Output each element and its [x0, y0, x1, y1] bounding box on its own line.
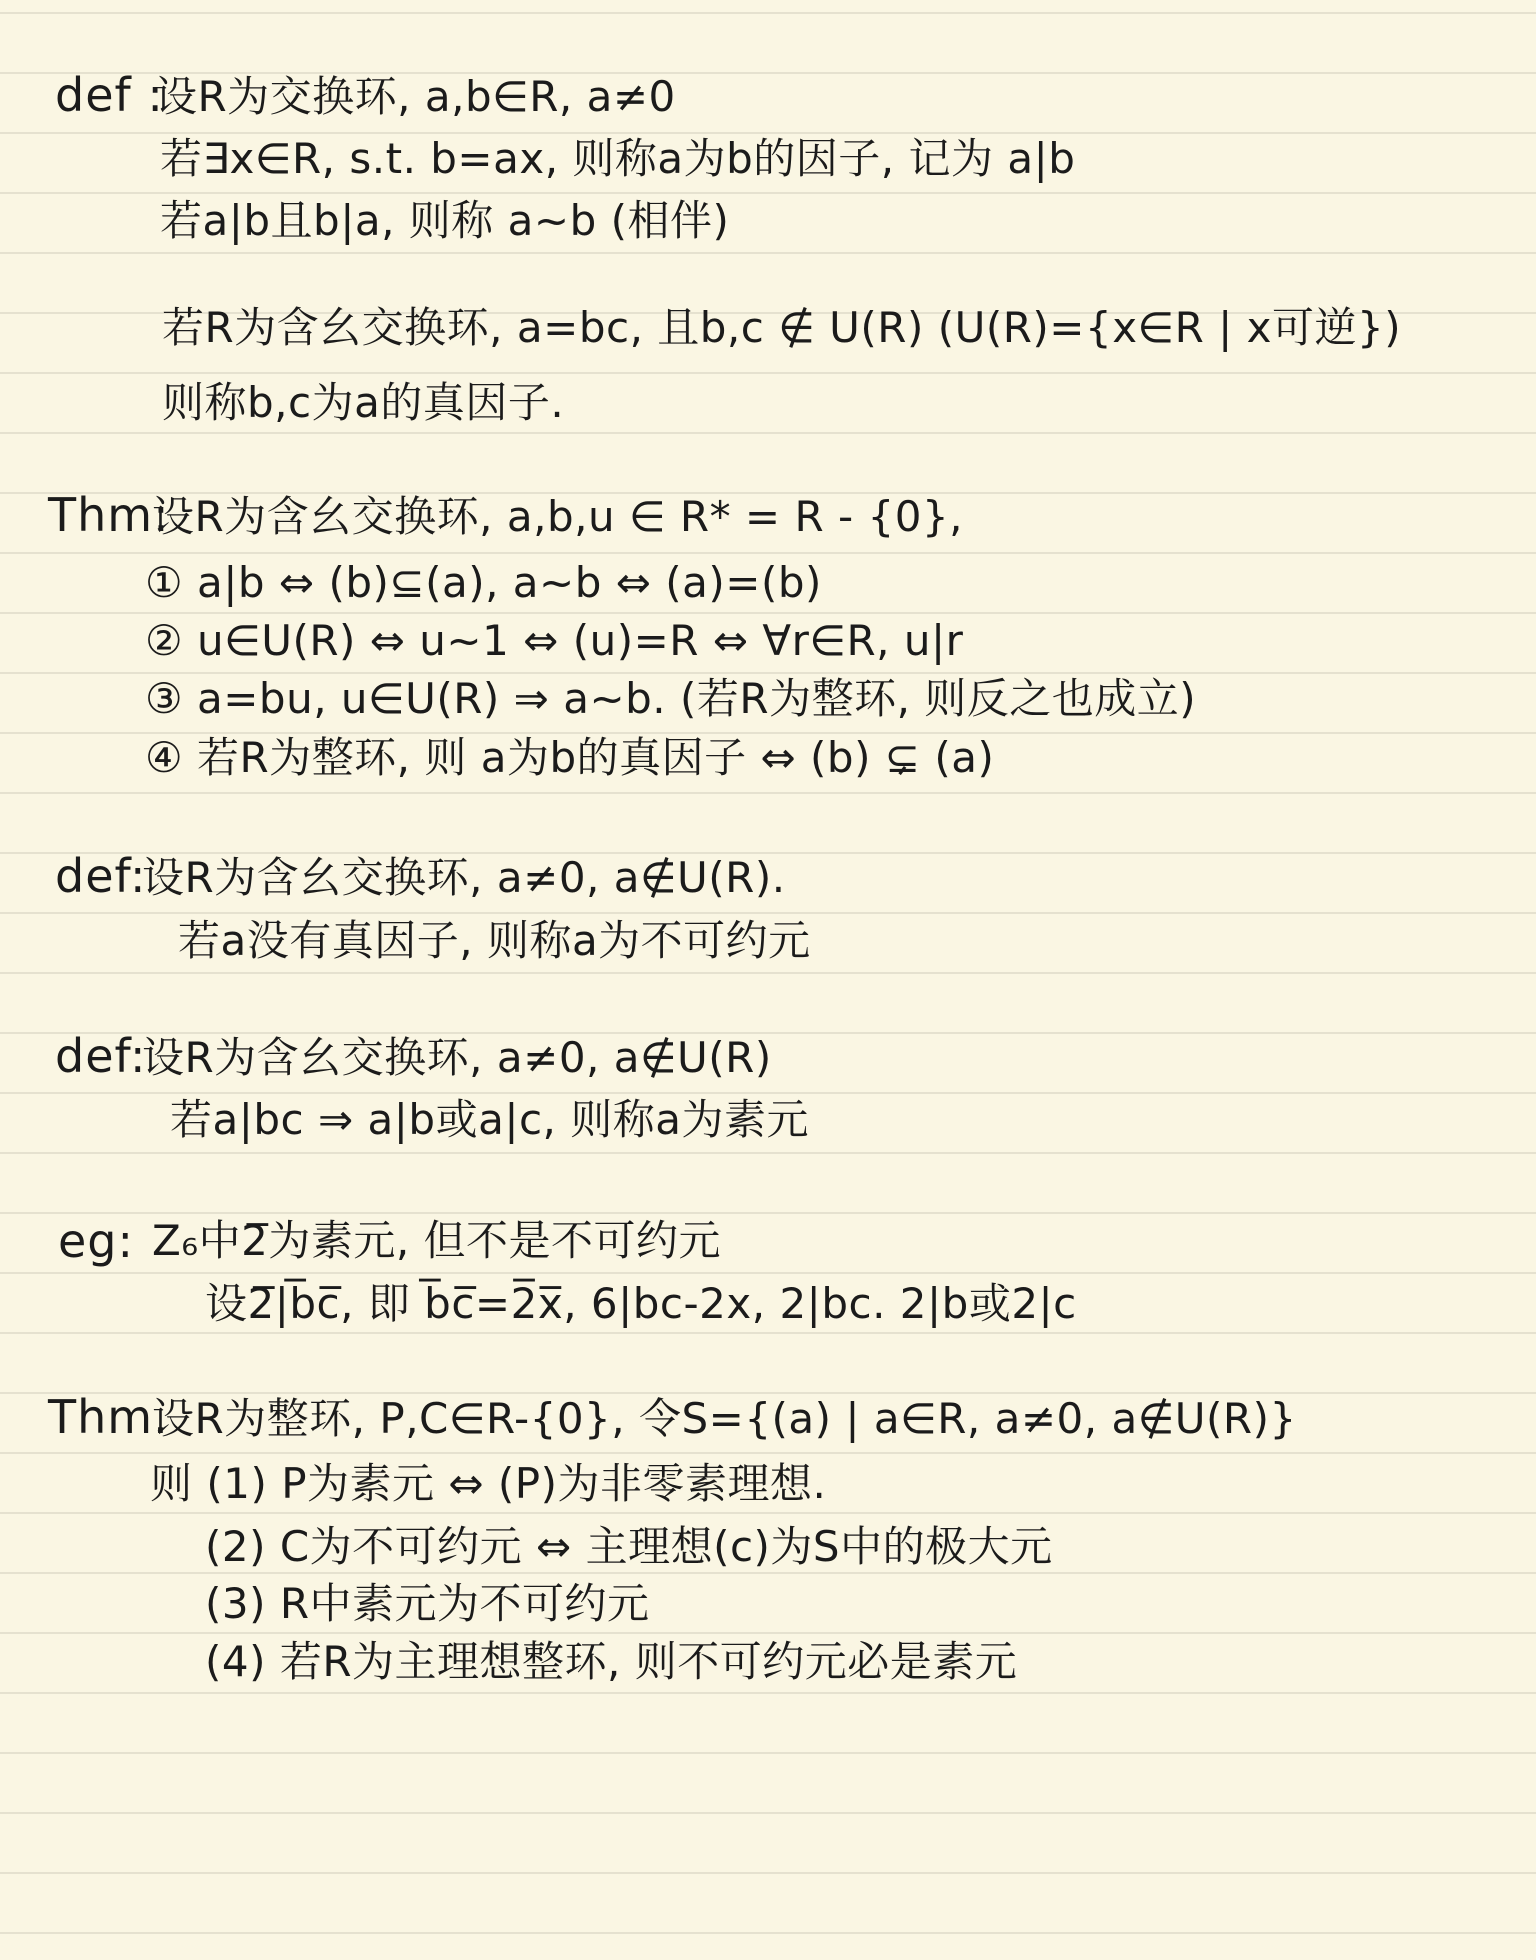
def2-line-2: 若a没有真因子, 则称a为不可约元 [178, 918, 811, 964]
def3-line-2: 若a|bc ⇒ a|b或a|c, 则称a为素元 [170, 1097, 809, 1143]
thm2-item-4: (4) 若R为主理想整环, 则不可约元必是素元 [205, 1639, 1017, 1685]
def1-line-1: 设R为交换环, a,b∈R, a≠0 [155, 74, 676, 120]
def1-line-3: 若a|b且b|a, 则称 a~b (相伴) [160, 198, 729, 244]
def2-label: def: [55, 851, 147, 902]
thm2-intro: 设R为整环, P,C∈R-{0}, 令S={(a) | a∈R, a≠0, a∉… [152, 1396, 1297, 1442]
thm2-item-1: 则 (1) P为素元 ⇔ (P)为非零素理想. [150, 1461, 826, 1507]
thm1-item-2: ② u∈U(R) ⇔ u~1 ⇔ (u)=R ⇔ ∀r∈R, u|r [145, 618, 963, 664]
thm1-item-4: ④ 若R为整环, 则 a为b的真因子 ⇔ (b) ⊊ (a) [145, 735, 994, 781]
eg-label: eg: [58, 1216, 134, 1267]
def1-label: def : [55, 70, 164, 121]
def1-line-2: 若∃x∈R, s.t. b=ax, 则称a为b的因子, 记为 a|b [160, 136, 1075, 182]
eg-line-1: Z₆中2̅为素元, 但不是不可约元 [152, 1218, 721, 1264]
def3-label: def: [55, 1031, 147, 1082]
eg-line-2: 设2̅|b̅c̅, 即 b̅c̅=2̅x̅, 6|bc-2x, 2|bc. 2|… [205, 1281, 1077, 1327]
proper-divisor-line-1: 若R为含幺交换环, a=bc, 且b,c ∉ U(R) (U(R)={x∈R |… [162, 305, 1401, 351]
thm2-item-2: (2) C为不可约元 ⇔ 主理想(c)为S中的极大元 [205, 1524, 1053, 1570]
def3-line-1: 设R为含幺交换环, a≠0, a∉U(R) [142, 1035, 772, 1081]
thm1-item-1: ① a|b ⇔ (b)⊆(a), a~b ⇔ (a)=(b) [145, 560, 822, 606]
thm2-label: Thm. [48, 1392, 169, 1443]
notebook-page: def : 设R为交换环, a,b∈R, a≠0 若∃x∈R, s.t. b=a… [0, 0, 1536, 1960]
thm1-item-3: ③ a=bu, u∈U(R) ⇒ a~b. (若R为整环, 则反之也成立) [145, 676, 1196, 722]
thm2-item-3: (3) R中素元为不可约元 [205, 1581, 650, 1627]
def2-line-1: 设R为含幺交换环, a≠0, a∉U(R). [142, 855, 786, 901]
proper-divisor-line-2: 则称b,c为a的真因子. [162, 380, 564, 426]
thm1-intro: 设R为含幺交换环, a,b,u ∈ R* = R - {0}, [152, 494, 963, 540]
